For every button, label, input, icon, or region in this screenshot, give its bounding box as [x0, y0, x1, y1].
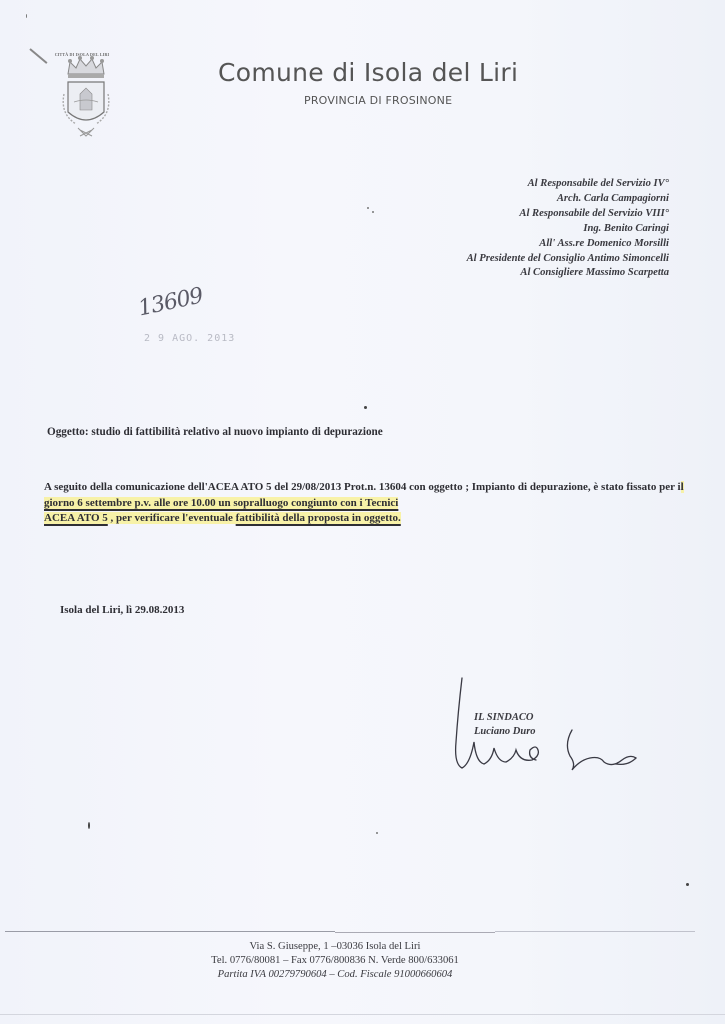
subject-line: Oggetto: studio di fattibilità relativo … — [47, 426, 383, 438]
body-highlight: , per verificare l'eventuale — [108, 512, 236, 524]
page-edge — [0, 1014, 725, 1015]
body-highlight-underlined: ACEA ATO 5 — [44, 512, 108, 524]
recipient-line: Al Presidente del Consiglio Antimo Simon… — [467, 252, 669, 267]
signatory-role: IL SINDACO — [474, 712, 533, 723]
footer-fiscal: Partita IVA 00279790604 – Cod. Fiscale 9… — [170, 968, 500, 982]
handwritten-signature-icon — [440, 672, 650, 782]
recipient-line: Ing. Benito Caringi — [467, 222, 669, 237]
footer-contacts: Tel. 0776/80081 – Fax 0776/800836 N. Ver… — [170, 954, 500, 968]
recipient-line: Arch. Carla Campagiorni — [467, 192, 669, 207]
footer-divider — [5, 931, 335, 932]
scan-speck — [367, 207, 369, 209]
footer-divider — [335, 932, 495, 933]
body-highlight-underlined: fattibilità della proposta in oggetto. — [236, 512, 401, 524]
scan-speck — [686, 883, 689, 886]
signatory-name: Luciano Duro — [474, 726, 536, 737]
recipient-line: All' Ass.re Domenico Morsilli — [467, 237, 669, 252]
place-date: Isola del Liri, lì 29.08.2013 — [60, 604, 184, 616]
scan-speck — [364, 406, 367, 409]
body-highlight-underlined: giorno 6 settembre p.v. alle ore 10.00 u… — [44, 497, 398, 509]
recipient-line: Al Consigliere Massimo Scarpetta — [467, 266, 669, 281]
scan-speck — [372, 211, 374, 213]
coat-of-arms-icon — [50, 50, 122, 146]
scan-speck — [26, 14, 27, 18]
body-paragraph: A seguito della comunicazione dell'ACEA … — [44, 480, 684, 527]
recipients-block: Al Responsabile del Servizio IV° Arch. C… — [467, 177, 669, 281]
municipality-title: Comune di Isola del Liri — [218, 58, 598, 87]
scan-speck — [88, 822, 90, 829]
footer-block: Via S. Giuseppe, 1 –03036 Isola del Liri… — [170, 940, 500, 982]
recipient-line: Al Responsabile del Servizio VIII° — [467, 207, 669, 222]
pen-mark — [29, 48, 47, 64]
document-page: CITTÀ DI ISOLA DEL LIRI Comune di Isola … — [0, 0, 725, 1024]
protocol-number: 13609 — [136, 284, 205, 322]
province-subtitle: PROVINCIA DI FROSINONE — [304, 94, 452, 107]
recipient-line: Al Responsabile del Servizio IV° — [467, 177, 669, 192]
scan-speck — [376, 832, 378, 834]
footer-address: Via S. Giuseppe, 1 –03036 Isola del Liri — [170, 940, 500, 954]
body-text-plain: A seguito della comunicazione dell'ACEA … — [44, 481, 681, 493]
body-highlight: l — [681, 481, 684, 493]
protocol-date-stamp: 2 9 AGO. 2013 — [144, 333, 235, 344]
footer-divider — [495, 931, 695, 932]
